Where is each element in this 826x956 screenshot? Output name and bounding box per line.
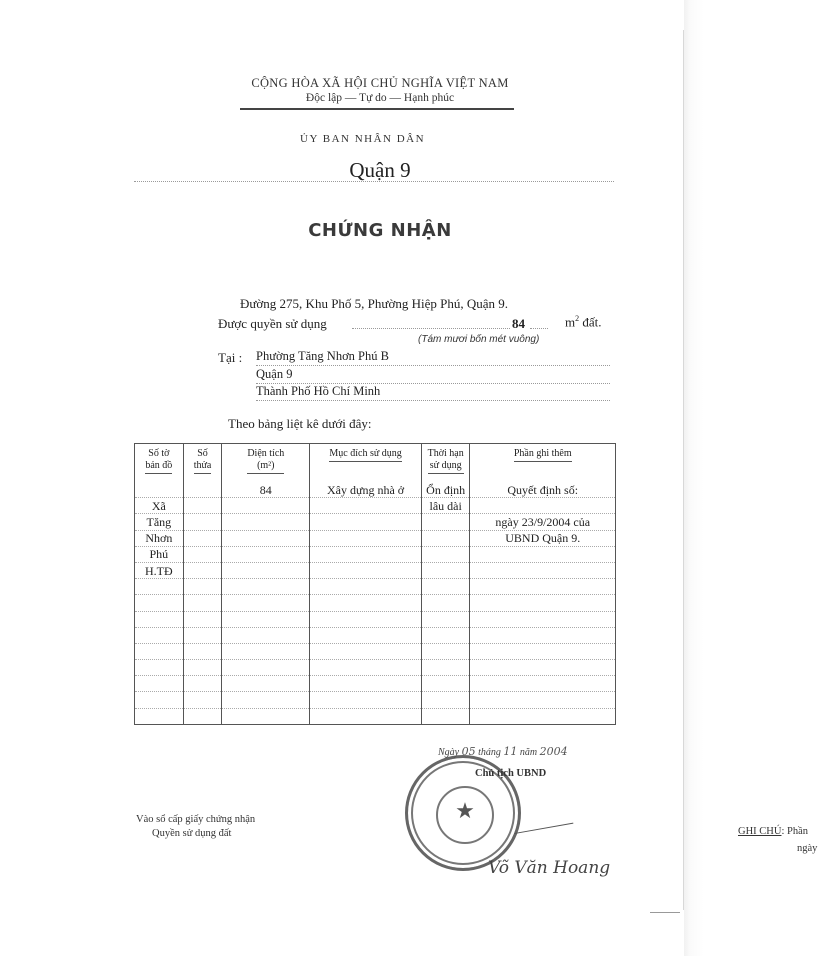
committee-heading: ỦY BAN NHÂN DÂN	[300, 133, 425, 145]
table-cell	[421, 579, 470, 595]
column-header: Sốthửa	[183, 444, 222, 483]
table-cell	[310, 676, 422, 692]
date-month-label: tháng	[478, 747, 501, 758]
table-cell	[310, 530, 422, 546]
table-cell	[183, 579, 222, 595]
table-cell	[421, 660, 470, 676]
table-cell	[310, 692, 422, 708]
table-row: Xãlâu dài	[135, 498, 616, 514]
table-row	[135, 708, 616, 724]
table-cell: Xây dựng nhà ở	[310, 482, 422, 498]
table-cell	[310, 546, 422, 562]
location-line-city: Thành Phố Hồ Chí Minh	[256, 384, 610, 401]
table-cell	[135, 643, 184, 659]
note: GHI CHÚ: Phần	[738, 826, 808, 837]
table-cell	[135, 627, 184, 643]
location-line-district: Quận 9	[256, 367, 610, 384]
certificate-title: CHỨNG NHẬN	[270, 220, 490, 241]
footer-dash	[650, 912, 680, 913]
table-cell	[421, 514, 470, 530]
usage-right-label: Được quyền sử dụng	[218, 316, 327, 332]
table-cell	[470, 546, 616, 562]
table-cell	[421, 595, 470, 611]
column-header: Phần ghi thêm	[470, 444, 616, 483]
republic-heading: CỘNG HÒA XÃ HỘI CHỦ NGHĨA VIỆT NAM	[220, 76, 540, 91]
table-row	[135, 643, 616, 659]
note-text: : Phần	[781, 826, 808, 837]
table-cell	[135, 595, 184, 611]
table-cell: Phú	[135, 546, 184, 562]
table-cell: Xã	[135, 498, 184, 514]
table-row: NhơnUBND Quận 9.	[135, 530, 616, 546]
table-cell: Ổn định	[421, 482, 470, 498]
table-cell	[222, 611, 310, 627]
seal-emblem: ★	[436, 786, 494, 844]
header-rule	[240, 108, 514, 110]
table-cell	[135, 611, 184, 627]
table-row	[135, 579, 616, 595]
table-cell	[135, 692, 184, 708]
table-cell	[222, 546, 310, 562]
table-cell	[470, 627, 616, 643]
table-cell	[470, 611, 616, 627]
table-row	[135, 627, 616, 643]
location-label: Tại :	[218, 350, 242, 366]
table-cell	[183, 562, 222, 578]
table-row: Phú	[135, 546, 616, 562]
table-cell: lâu dài	[421, 498, 470, 514]
table-cell	[310, 643, 422, 659]
table-row	[135, 595, 616, 611]
table-row: Tăngngày 23/9/2004 của	[135, 514, 616, 530]
table-cell	[421, 530, 470, 546]
table-cell: Nhơn	[135, 530, 184, 546]
location-line-ward: Phường Tăng Nhơn Phú B	[256, 349, 610, 366]
unit-m: m	[565, 314, 575, 329]
table-cell: Quyết định số:	[470, 482, 616, 498]
table-header-row: Số tờbản đồSốthửaDiện tích(m²)Mục đích s…	[135, 444, 616, 483]
table-cell: UBND Quận 9.	[470, 530, 616, 546]
location-district: Quận 9	[256, 367, 294, 381]
page-edge-line	[683, 30, 684, 910]
date-month: 11	[503, 745, 517, 758]
area-unit: m2 đất.	[565, 314, 602, 330]
table-cell	[183, 595, 222, 611]
table-cell	[470, 676, 616, 692]
table-cell	[222, 643, 310, 659]
table-cell	[222, 530, 310, 546]
table-cell	[183, 482, 222, 498]
table-cell	[183, 660, 222, 676]
table-cell	[135, 579, 184, 595]
table-intro: Theo bảng liệt kê dưới đây:	[228, 416, 372, 432]
signer-name: Võ Văn Hoang	[488, 858, 610, 878]
column-header: Diện tích(m²)	[222, 444, 310, 483]
table-cell	[183, 530, 222, 546]
table-cell	[222, 514, 310, 530]
column-header-label: Mục đích sử dụng	[329, 448, 401, 462]
column-header-label: Thời hạnsử dụng	[428, 448, 464, 474]
table-cell	[135, 676, 184, 692]
column-header: Thời hạnsử dụng	[421, 444, 470, 483]
location-ward: Phường Tăng Nhơn Phú B	[256, 349, 391, 363]
table-cell	[470, 595, 616, 611]
table-cell	[310, 562, 422, 578]
land-table: Số tờbản đồSốthửaDiện tích(m²)Mục đích s…	[134, 443, 616, 725]
table-cell	[222, 595, 310, 611]
date-year: 2004	[540, 745, 568, 758]
table-cell	[183, 708, 222, 724]
table-cell	[470, 692, 616, 708]
table-cell	[135, 708, 184, 724]
table-cell	[183, 676, 222, 692]
table-cell	[421, 546, 470, 562]
column-header-label: Phần ghi thêm	[514, 448, 572, 462]
table-cell	[310, 627, 422, 643]
table-row: H.TĐ	[135, 562, 616, 578]
table-cell	[421, 627, 470, 643]
table-cell	[421, 611, 470, 627]
table-cell	[310, 498, 422, 514]
table-cell	[222, 627, 310, 643]
registry-line-2: Quyền sử dụng đất	[152, 828, 231, 839]
table-cell	[470, 562, 616, 578]
star-icon: ★	[438, 798, 492, 824]
column-header: Số tờbản đồ	[135, 444, 184, 483]
table-cell	[222, 660, 310, 676]
signing-date: Ngày 05 tháng 11 năm 2004	[438, 745, 568, 758]
table-cell	[183, 546, 222, 562]
table-row	[135, 660, 616, 676]
table-cell	[222, 692, 310, 708]
table-row	[135, 676, 616, 692]
date-day: 05	[462, 745, 476, 758]
area-value: 84	[512, 316, 525, 332]
table-cell	[470, 579, 616, 595]
table-cell: Tăng	[135, 514, 184, 530]
table-cell	[222, 579, 310, 595]
table-cell	[183, 692, 222, 708]
signer-position: Chủ tịch UBND	[475, 768, 546, 779]
table-cell	[421, 676, 470, 692]
column-header-label: Sốthửa	[194, 448, 212, 474]
usage-dotted-fill	[352, 328, 510, 329]
table-row	[135, 611, 616, 627]
table-cell: H.TĐ	[135, 562, 184, 578]
table-cell	[183, 611, 222, 627]
table-cell	[135, 660, 184, 676]
district-name: Quận 9	[280, 158, 480, 183]
district-dotted-rule	[134, 181, 614, 182]
table-cell	[310, 660, 422, 676]
note-label: GHI CHÚ	[738, 826, 781, 837]
registry-line-1: Vào sổ cấp giấy chứng nhận	[136, 814, 255, 825]
column-header: Mục đích sử dụng	[310, 444, 422, 483]
table-cell	[310, 595, 422, 611]
date-prefix: Ngày	[438, 747, 459, 758]
table-cell	[470, 643, 616, 659]
table-cell	[183, 498, 222, 514]
next-page-edge	[684, 0, 826, 956]
table-cell	[310, 708, 422, 724]
table-cell	[310, 611, 422, 627]
area-in-words: (Tám mươi bốn mét vuông)	[418, 334, 539, 345]
note-line-2: ngày	[797, 843, 817, 854]
table-cell	[421, 562, 470, 578]
table-cell	[310, 579, 422, 595]
location-city: Thành Phố Hồ Chí Minh	[256, 384, 382, 398]
column-header-label: Diện tích(m²)	[247, 448, 284, 474]
table-cell	[421, 643, 470, 659]
table-cell	[470, 660, 616, 676]
table-cell	[470, 498, 616, 514]
table-row: 84Xây dựng nhà ởỔn địnhQuyết định số:	[135, 482, 616, 498]
property-address: Đường 275, Khu Phố 5, Phường Hiệp Phú, Q…	[240, 296, 508, 312]
table-cell	[222, 562, 310, 578]
table-cell	[222, 676, 310, 692]
table-row	[135, 692, 616, 708]
table-cell	[470, 708, 616, 724]
table-cell	[222, 708, 310, 724]
table-cell	[183, 627, 222, 643]
table-cell	[183, 514, 222, 530]
date-year-label: năm	[520, 747, 537, 758]
table-cell	[421, 692, 470, 708]
area-dotted-fill	[530, 328, 548, 329]
column-header-label: Số tờbản đồ	[145, 448, 172, 474]
table-cell	[421, 708, 470, 724]
unit-suffix: đất.	[579, 314, 601, 329]
table-cell	[222, 498, 310, 514]
table-body: 84Xây dựng nhà ởỔn địnhQuyết định số:Xãl…	[135, 482, 616, 724]
table-cell: ngày 23/9/2004 của	[470, 514, 616, 530]
table-cell	[135, 482, 184, 498]
national-motto: Độc lập — Tự do — Hạnh phúc	[220, 92, 540, 104]
table-cell	[183, 643, 222, 659]
table-cell	[310, 514, 422, 530]
table-cell: 84	[222, 482, 310, 498]
